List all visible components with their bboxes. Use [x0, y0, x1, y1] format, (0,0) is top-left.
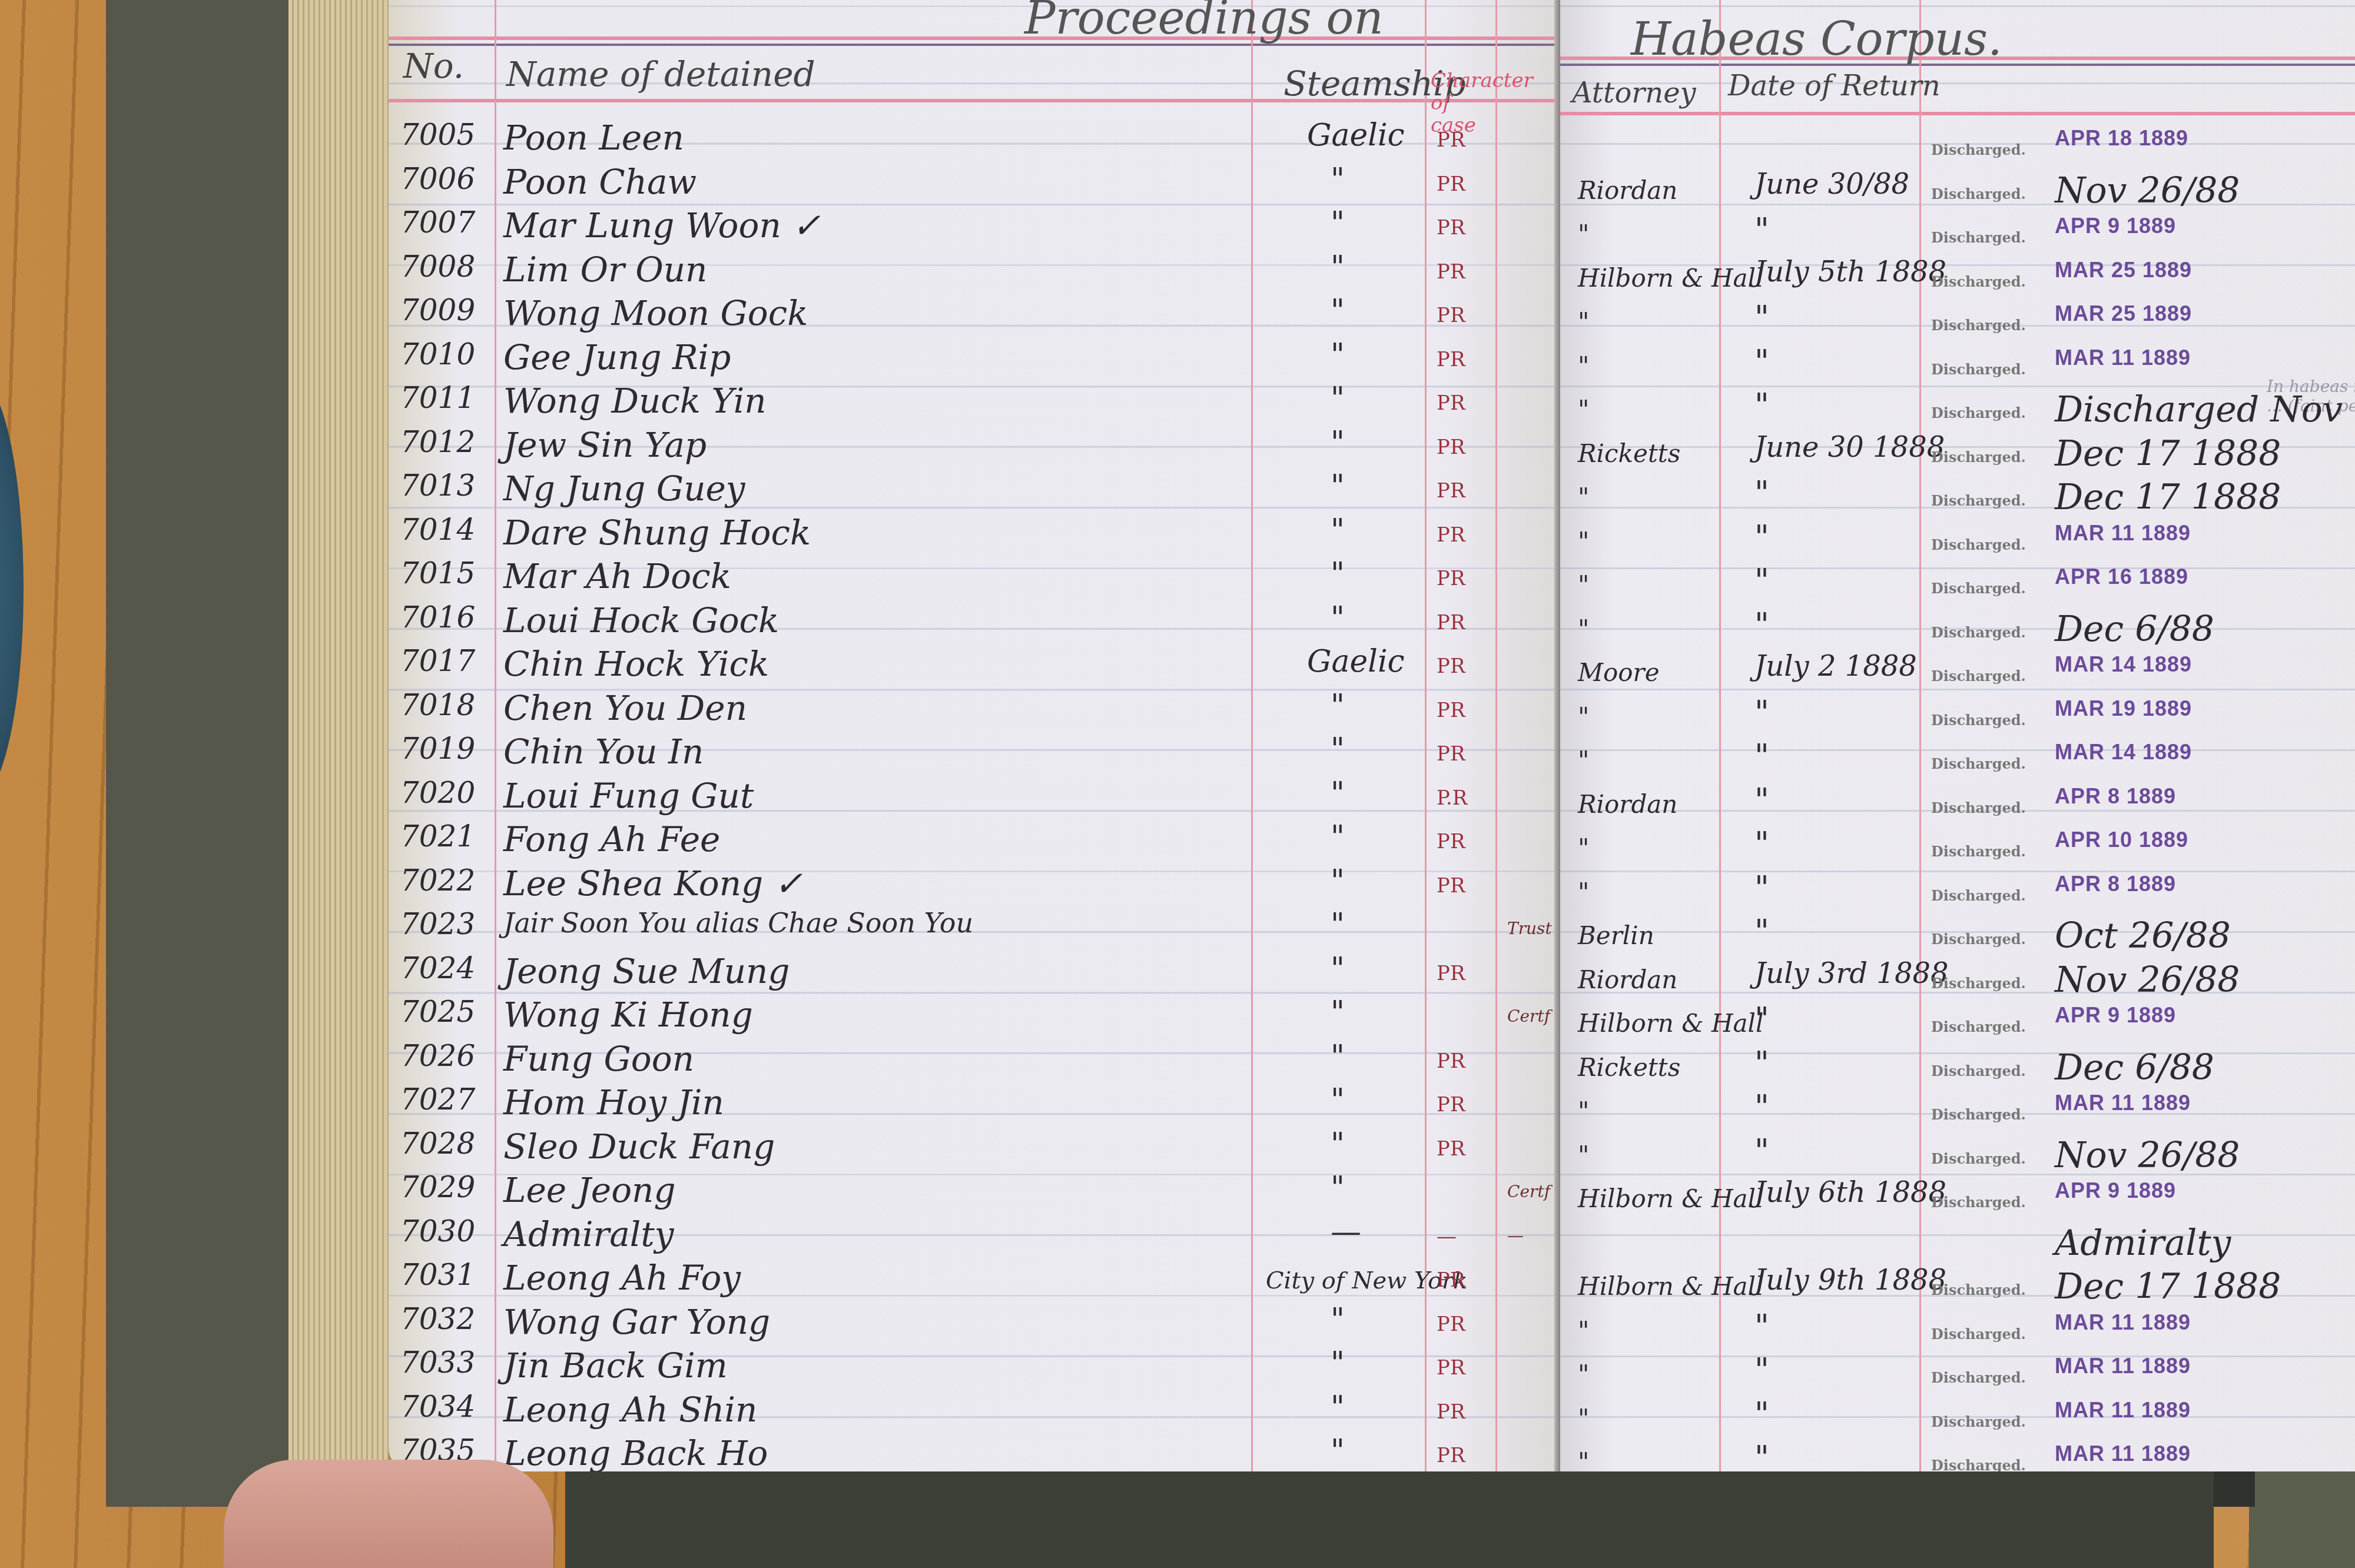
- date-of-return: ": [1754, 913, 1769, 950]
- attorney: ": [1578, 1141, 1589, 1170]
- character-of-case: PR: [1437, 1268, 1465, 1292]
- attorney: ": [1578, 307, 1589, 336]
- detainee-name: Chin Hock Yick: [503, 644, 769, 684]
- discharge-date-stamp: MAR 11 1889: [2055, 1441, 2191, 1466]
- discharged-label: Discharged.: [1931, 1194, 2026, 1211]
- ledger-row: Discharged.APR 18 1889: [1560, 124, 2355, 167]
- discharged-label: Discharged.: [1931, 624, 2026, 641]
- discharge-date-stamp: APR 9 1889: [2055, 1003, 2176, 1028]
- detainee-name: Wong Moon Gock: [503, 293, 808, 333]
- character-of-case: PR: [1437, 611, 1465, 634]
- column-header-date-of-return: Date of Return: [1728, 69, 1941, 102]
- discharged-label: Discharged.: [1931, 931, 2026, 948]
- date-of-return: ": [1754, 825, 1769, 862]
- column-header-number: No.: [403, 46, 464, 86]
- column-header-attorney: Attorney: [1572, 77, 1696, 109]
- discharged-label: Discharged.: [1931, 799, 2026, 816]
- ledger-row: 7031Leong Ah FoyCity of New YorkPR: [389, 1258, 1560, 1301]
- steamship: ": [1331, 205, 1345, 241]
- discharge-date-stamp: MAR 14 1889: [2055, 740, 2192, 765]
- attorney: ": [1578, 1316, 1589, 1345]
- attorney: ": [1578, 702, 1589, 731]
- detainee-name: Hom Hoy Jin: [503, 1082, 724, 1122]
- ledger-row: Ricketts"Discharged.Dec 6/88: [1560, 1045, 2355, 1088]
- entry-number: 7034: [400, 1390, 475, 1424]
- detainee-name: Lim Or Oun: [503, 250, 707, 290]
- steamship: ": [1331, 250, 1345, 285]
- date-of-return: ": [1754, 782, 1769, 819]
- steamship: ": [1331, 1039, 1345, 1074]
- attorney: Riordan: [1578, 176, 1677, 205]
- ledger-row: 7033Jin Back Gim"PR: [389, 1346, 1560, 1389]
- attorney: Ricketts: [1578, 439, 1680, 468]
- entry-number: 7031: [400, 1258, 475, 1292]
- ledger-row: MooreJuly 2 1888Discharged.MAR 14 1889: [1560, 650, 2355, 693]
- ledger-row: 7034Leong Ah Shin"PR: [389, 1390, 1560, 1433]
- discharged-label: Discharged.: [1931, 1369, 2026, 1386]
- ledger-row: 7017Chin Hock YickGaelicPR: [389, 644, 1560, 687]
- discharge-date-handwritten: Dec 17 1888: [2055, 1266, 2281, 1307]
- steamship: ": [1331, 1170, 1345, 1205]
- ledger-row: 7006Poon Chaw"PR: [389, 162, 1560, 205]
- discharged-label: Discharged.: [1931, 449, 2026, 466]
- ledger-book: Proceedings on No. Name of detained Stea…: [288, 0, 2190, 1507]
- attorney: ": [1578, 570, 1589, 599]
- steamship: Gaelic: [1307, 644, 1405, 679]
- character-of-case: PR: [1437, 260, 1465, 284]
- discharge-date-handwritten: Dec 6/88: [2055, 1047, 2214, 1088]
- character-of-case: PR: [1437, 874, 1465, 898]
- ledger-row: ""Discharged.MAR 11 1889: [1560, 1088, 2355, 1132]
- steamship: ": [1331, 732, 1345, 767]
- entry-number: 7023: [400, 907, 475, 941]
- attorney: ": [1578, 527, 1589, 556]
- ledger-row: 7016Loui Hock Gock"PR: [389, 600, 1560, 644]
- date-of-return: ": [1754, 869, 1769, 906]
- detainee-name: Loui Hock Gock: [503, 600, 779, 640]
- date-of-return: June 30 1888: [1754, 431, 1945, 464]
- date-of-return: June 30/88: [1754, 168, 1909, 201]
- steamship: ": [1331, 776, 1345, 811]
- attorney: ": [1578, 1404, 1589, 1433]
- date-of-return: July 2 1888: [1754, 650, 1917, 683]
- steamship: ": [1331, 556, 1345, 592]
- ledger-row: Hilborn & HallJuly 5th 1888Discharged.MA…: [1560, 255, 2355, 299]
- discharged-label: Discharged.: [1931, 141, 2026, 158]
- discharge-date-stamp: APR 18 1889: [2055, 126, 2188, 151]
- discharged-label: Discharged.: [1931, 712, 2026, 729]
- discharge-date-stamp: MAR 14 1889: [2055, 652, 2192, 677]
- date-of-return: ": [1754, 562, 1769, 599]
- entry-number: 7015: [400, 556, 475, 590]
- discharged-label: Discharged.: [1931, 1457, 2026, 1471]
- discharge-date-stamp: MAR 11 1889: [2055, 1398, 2191, 1423]
- ledger-row: ""Discharged.MAR 11 1889: [1560, 1439, 2355, 1471]
- discharge-date-stamp: APR 16 1889: [2055, 564, 2188, 589]
- attorney: Hilborn & Hall: [1578, 1272, 1763, 1301]
- character-of-case: PR: [1437, 1356, 1465, 1380]
- discharged-label: Discharged.: [1931, 1018, 2026, 1035]
- detainee-name: Poon Chaw: [503, 162, 696, 202]
- steamship: ": [1331, 907, 1345, 942]
- discharged-label: Discharged.: [1931, 492, 2026, 509]
- detainee-name: Ng Jung Guey: [503, 469, 745, 509]
- date-of-return: ": [1754, 299, 1769, 336]
- detainee-name: Chin You In: [503, 732, 704, 772]
- ledger-title-left: Proceedings on: [1024, 0, 1384, 45]
- ledger-row: Hilborn & Hall"Discharged.APR 9 1889: [1560, 1001, 2355, 1044]
- ledger-row: Hilborn & HallJuly 6th 1888Discharged.AP…: [1560, 1176, 2355, 1220]
- discharged-label: Discharged.: [1931, 975, 2026, 992]
- ledger-row: ""Discharged.MAR 11 1889: [1560, 1308, 2355, 1351]
- ledger-row: 7027Hom Hoy Jin"PR: [389, 1082, 1560, 1126]
- entry-number: 7028: [400, 1127, 475, 1161]
- header-rule-top: [389, 36, 1560, 40]
- ledger-row: 7028Sleo Duck Fang"PR: [389, 1127, 1560, 1170]
- case-note: —: [1507, 1226, 1524, 1245]
- character-of-case: PR: [1437, 742, 1465, 766]
- steamship: ": [1331, 1082, 1345, 1118]
- discharge-date-stamp: APR 10 1889: [2055, 828, 2188, 852]
- discharged-label: Discharged.: [1931, 1413, 2026, 1430]
- steamship: ": [1331, 995, 1345, 1030]
- attorney: ": [1578, 746, 1589, 775]
- ledger-row: ""Discharged.MAR 11 1889: [1560, 1396, 2355, 1439]
- header-rule-bottom: [1560, 112, 2355, 115]
- ledger-row: ""Discharged.APR 8 1889: [1560, 869, 2355, 913]
- ledger-row: 7019Chin You In"PR: [389, 732, 1560, 775]
- ledger-row: 7011Wong Duck Yin"PR: [389, 381, 1560, 424]
- date-of-return: ": [1754, 1088, 1769, 1125]
- detainee-name: Leong Ah Foy: [503, 1258, 741, 1298]
- steamship: ": [1331, 425, 1345, 460]
- entry-number: 7029: [400, 1170, 475, 1204]
- ledger-row: 7005Poon LeenGaelicPR: [389, 118, 1560, 161]
- steamship: ": [1331, 819, 1345, 855]
- discharge-date-stamp: MAR 11 1889: [2055, 1091, 2191, 1115]
- entry-number: 7012: [400, 425, 475, 459]
- character-of-case: —: [1437, 1225, 1457, 1248]
- attorney: Hilborn & Hall: [1578, 1184, 1763, 1213]
- character-of-case: PR: [1437, 699, 1465, 722]
- steamship: ": [1331, 381, 1345, 416]
- date-of-return: ": [1754, 387, 1769, 424]
- ledger-row: RiordanJune 30/88Discharged.Nov 26/88: [1560, 168, 2355, 211]
- ledger-row: 7025Wong Ki Hong"Certf: [389, 995, 1560, 1038]
- ledger-row: 7024Jeong Sue Mung"PR: [389, 951, 1560, 995]
- ledger-row: ""Discharged.MAR 11 1889: [1560, 343, 2355, 387]
- character-of-case: PR: [1437, 1400, 1465, 1424]
- discharged-label: Discharged.: [1931, 229, 2026, 246]
- character-of-case: PR: [1437, 830, 1465, 853]
- character-of-case: PR: [1437, 1137, 1465, 1161]
- ledger-row: ""Discharged.APR 9 1889: [1560, 211, 2355, 255]
- attorney: Riordan: [1578, 965, 1677, 994]
- discharge-date-handwritten: Dec 6/88: [2055, 609, 2214, 650]
- ledger-row: RiordanJuly 3rd 1888Discharged.Nov 26/88: [1560, 957, 2355, 1001]
- discharged-label: Discharged.: [1931, 580, 2026, 597]
- steamship: ": [1331, 337, 1345, 373]
- date-of-return: ": [1754, 1001, 1769, 1038]
- detainee-name: Wong Ki Hong: [503, 995, 753, 1035]
- detainee-name: Admiralty: [503, 1214, 674, 1254]
- ledger-row: Riordan"Discharged.APR 8 1889: [1560, 782, 2355, 825]
- discharged-label: Discharged.: [1931, 1150, 2026, 1167]
- discharged-label: Discharged.: [1931, 843, 2026, 860]
- ledger-row: ""Discharged.APR 16 1889: [1560, 562, 2355, 606]
- ledger-row: 7009Wong Moon Gock"PR: [389, 293, 1560, 337]
- attorney: ": [1578, 220, 1589, 248]
- entry-number: 7020: [400, 776, 475, 810]
- discharge-date-stamp: MAR 11 1889: [2055, 1310, 2191, 1335]
- ledger-row: ""Discharged.APR 10 1889: [1560, 825, 2355, 869]
- steamship: ": [1331, 1302, 1345, 1337]
- steamship: ": [1331, 1390, 1345, 1425]
- discharge-date-stamp: MAR 11 1889: [2055, 521, 2191, 546]
- discharged-label: Discharged.: [1931, 1106, 2026, 1123]
- character-of-case: PR: [1437, 128, 1465, 152]
- entry-number: 7017: [400, 644, 475, 678]
- entry-number: 7018: [400, 688, 475, 722]
- attorney: ": [1578, 833, 1589, 862]
- attorney: ": [1578, 878, 1589, 906]
- discharge-date-stamp: APR 9 1889: [2055, 214, 2176, 238]
- character-of-case: PR: [1437, 567, 1465, 590]
- character-of-case: PR: [1437, 1313, 1465, 1336]
- entry-number: 7014: [400, 513, 475, 547]
- entry-number: 7033: [400, 1346, 475, 1380]
- ledger-row: ""Discharged.MAR 11 1889: [1560, 1351, 2355, 1395]
- ledger-row: 7013Ng Jung Guey"PR: [389, 469, 1560, 512]
- discharge-date-stamp: MAR 19 1889: [2055, 696, 2192, 721]
- date-of-return: ": [1754, 211, 1769, 248]
- ledger-row: 7032Wong Gar Yong"PR: [389, 1302, 1560, 1346]
- discharged-label: Discharged.: [1931, 887, 2026, 904]
- header-rule-top-dark: [389, 44, 1560, 46]
- ledger-row: 7030Admiralty———: [389, 1214, 1560, 1258]
- ledger-row: 7023Jair Soon You alias Chae Soon You"Tr…: [389, 907, 1560, 951]
- discharge-date-handwritten: Dec 17 1888: [2055, 477, 2281, 518]
- character-of-case: PR: [1437, 216, 1465, 240]
- attorney: Hilborn & Hall: [1578, 264, 1763, 293]
- date-of-return: July 9th 1888: [1754, 1264, 1946, 1297]
- detainee-name: Fong Ah Fee: [503, 819, 720, 859]
- character-of-case: PR: [1437, 655, 1465, 678]
- ledger-row: ""Discharged.Nov 26/88: [1560, 1132, 2355, 1176]
- entry-number: 7010: [400, 337, 475, 371]
- date-of-return: ": [1754, 738, 1769, 775]
- right-page: Habeas Corpus. Attorney Date of Return I…: [1560, 0, 2355, 1471]
- detainee-name: Jair Soon You alias Chae Soon You: [503, 907, 973, 939]
- entry-number: 7030: [400, 1214, 475, 1248]
- ledger-row: 7012Jew Sin Yap"PR: [389, 425, 1560, 469]
- date-of-return: ": [1754, 1308, 1769, 1345]
- steamship: ": [1331, 1127, 1345, 1162]
- ledger-row: ""Discharged.MAR 11 1889: [1560, 519, 2355, 562]
- entry-number: 7009: [400, 293, 475, 327]
- entry-number: 7025: [400, 995, 475, 1029]
- steamship: ": [1331, 293, 1345, 328]
- detainee-name: Gee Jung Rip: [503, 337, 731, 377]
- discharge-date-stamp: MAR 11 1889: [2055, 1354, 2191, 1378]
- attorney: ": [1578, 1097, 1589, 1125]
- left-page: Proceedings on No. Name of detained Stea…: [389, 0, 1560, 1471]
- ledger-row: 7020Loui Fung Gut"P.R: [389, 776, 1560, 819]
- character-of-case: PR: [1437, 962, 1465, 985]
- ledger-row: ""Discharged.MAR 19 1889: [1560, 694, 2355, 738]
- ledger-row: 7018Chen You Den"PR: [389, 688, 1560, 732]
- steamship: Gaelic: [1307, 118, 1405, 153]
- detainee-name: Jeong Sue Mung: [503, 951, 790, 991]
- detainee-name: Dare Shung Hock: [503, 513, 811, 553]
- entry-number: 7027: [400, 1082, 475, 1117]
- detainee-name: Leong Ah Shin: [503, 1390, 757, 1430]
- entry-number: 7021: [400, 819, 475, 853]
- discharged-label: Discharged.: [1931, 1326, 2026, 1343]
- discharged-label: Discharged.: [1931, 1062, 2026, 1079]
- attorney: ": [1578, 1360, 1589, 1388]
- attorney: ": [1578, 351, 1589, 380]
- discharge-date-stamp: APR 9 1889: [2055, 1178, 2176, 1203]
- entry-number: 7022: [400, 863, 475, 898]
- steamship: ": [1331, 1346, 1345, 1381]
- discharge-date-handwritten: Nov 26/88: [2055, 1135, 2240, 1176]
- character-of-case: PR: [1437, 1049, 1465, 1073]
- steamship: ": [1331, 688, 1345, 723]
- attorney: Riordan: [1578, 790, 1677, 819]
- detainee-name: Mar Lung Woon ✓: [503, 205, 821, 245]
- ledger-row: ""Discharged.MAR 25 1889: [1560, 299, 2355, 343]
- ledger-row: ""Discharged.Dec 6/88: [1560, 606, 2355, 650]
- discharge-date-handwritten: Nov 26/88: [2055, 170, 2240, 211]
- attorney: ": [1578, 614, 1589, 643]
- entry-number: 7005: [400, 118, 475, 152]
- ledger-row: ""Discharged.Dec 17 1888: [1560, 474, 2355, 518]
- character-of-case: P.R: [1437, 786, 1467, 810]
- steamship: ": [1331, 600, 1345, 636]
- ledger-row: ""Discharged.MAR 14 1889: [1560, 738, 2355, 781]
- detainee-name: Wong Duck Yin: [503, 381, 767, 421]
- steamship: ": [1331, 162, 1345, 197]
- detainee-name: Lee Shea Kong ✓: [503, 863, 802, 903]
- case-note: Trust Certf: [1507, 919, 1560, 938]
- detainee-name: Leong Back Ho: [503, 1433, 768, 1471]
- date-of-return: ": [1754, 1396, 1769, 1433]
- character-of-case: PR: [1437, 1093, 1465, 1117]
- ledger-title-right: Habeas Corpus.: [1631, 13, 2002, 66]
- ledger-row: Hilborn & HallJuly 9th 1888Discharged.De…: [1560, 1264, 2355, 1307]
- ledger-row: 7014Dare Shung Hock"PR: [389, 513, 1560, 556]
- discharge-date-stamp: APR 8 1889: [2055, 872, 2176, 896]
- entry-number: 7016: [400, 600, 475, 634]
- entry-number: 7019: [400, 732, 475, 766]
- character-of-case: PR: [1437, 348, 1465, 371]
- date-of-return: ": [1754, 1045, 1769, 1082]
- discharged-label: Discharged.: [1931, 755, 2026, 772]
- attorney: ": [1578, 483, 1589, 511]
- attorney: Moore: [1578, 658, 1660, 687]
- date-of-return: July 3rd 1888: [1754, 957, 1949, 990]
- steamship: —: [1331, 1214, 1361, 1250]
- case-note: Certf: [1507, 1006, 1550, 1026]
- entry-number: 7011: [400, 381, 475, 415]
- discharged-label: Discharged.: [1931, 1281, 2026, 1298]
- date-of-return: ": [1754, 1132, 1769, 1170]
- ledger-row: Berlin"Discharged.Oct 26/88: [1560, 913, 2355, 956]
- attorney: Ricketts: [1578, 1053, 1680, 1082]
- date-of-return: ": [1754, 474, 1769, 511]
- detainee-name: Chen You Den: [503, 688, 747, 728]
- discharged-label: Discharged.: [1931, 317, 2026, 334]
- entry-number: 7024: [400, 951, 475, 985]
- discharge-date-stamp: MAR 25 1889: [2055, 301, 2192, 326]
- page-stack-edge: [288, 0, 389, 1483]
- entry-number: 7013: [400, 469, 475, 503]
- attorney: ": [1578, 395, 1589, 424]
- entry-number: 7026: [400, 1039, 475, 1073]
- ledger-row: ""Discharged.Discharged Nov 10/90: [1560, 387, 2355, 430]
- detainee-name: Sleo Duck Fang: [503, 1127, 775, 1167]
- discharged-label: Discharged.: [1931, 536, 2026, 553]
- attorney: ": [1578, 1447, 1589, 1471]
- column-header-name: Name of detained: [506, 54, 815, 94]
- date-of-return: ": [1754, 1351, 1769, 1388]
- character-of-case: PR: [1437, 172, 1465, 196]
- discharge-date-stamp: MAR 11 1889: [2055, 346, 2191, 370]
- discharge-date-handwritten: Discharged Nov 10/90: [2055, 389, 2355, 430]
- discharged-label: Discharged.: [1931, 185, 2026, 202]
- detainee-name: Jew Sin Yap: [503, 425, 706, 465]
- detainee-name: Wong Gar Yong: [503, 1302, 770, 1342]
- character-of-case: PR: [1437, 436, 1465, 459]
- ledger-row: 7007Mar Lung Woon ✓"PR: [389, 205, 1560, 249]
- steamship: ": [1331, 1433, 1345, 1469]
- ledger-row: 7026Fung Goon"PR: [389, 1039, 1560, 1082]
- discharge-date-handwritten: Admiralty: [2055, 1222, 2231, 1264]
- character-of-case: PR: [1437, 1444, 1465, 1467]
- ledger-row: 7022Lee Shea Kong ✓"PR: [389, 863, 1560, 907]
- ledger-row: Admiralty: [1560, 1220, 2355, 1264]
- ledger-row: 7029Lee Jeong"Certf: [389, 1170, 1560, 1214]
- discharge-date-handwritten: Dec 17 1888: [2055, 433, 2281, 474]
- entry-number: 7008: [400, 250, 475, 284]
- date-of-return: ": [1754, 1439, 1769, 1471]
- case-note: Certf: [1507, 1182, 1550, 1201]
- date-of-return: ": [1754, 519, 1769, 556]
- date-of-return: ": [1754, 343, 1769, 380]
- hand-holding-page: [224, 1460, 553, 1568]
- entry-number: 7007: [400, 205, 475, 240]
- discharged-label: Discharged.: [1931, 667, 2026, 685]
- date-of-return: ": [1754, 694, 1769, 731]
- detainee-name: Lee Jeong: [503, 1170, 676, 1210]
- steamship: ": [1331, 951, 1345, 986]
- discharge-date-stamp: APR 8 1889: [2055, 784, 2176, 809]
- character-of-case: PR: [1437, 479, 1465, 503]
- discharged-label: Discharged.: [1931, 273, 2026, 290]
- ledger-row: RickettsJune 30 1888Discharged.Dec 17 18…: [1560, 431, 2355, 474]
- entry-number: 7006: [400, 162, 475, 196]
- character-of-case: PR: [1437, 304, 1465, 327]
- discharged-label: Discharged.: [1931, 404, 2026, 421]
- attorney: Hilborn & Hall: [1578, 1009, 1763, 1038]
- detainee-name: Mar Ah Dock: [503, 556, 731, 596]
- character-of-case: PR: [1437, 523, 1465, 547]
- ledger-row: 7008Lim Or Oun"PR: [389, 250, 1560, 293]
- discharge-date-handwritten: Nov 26/88: [2055, 959, 2240, 1001]
- ledger-row: 7010Gee Jung Rip"PR: [389, 337, 1560, 381]
- attorney: Berlin: [1578, 921, 1654, 950]
